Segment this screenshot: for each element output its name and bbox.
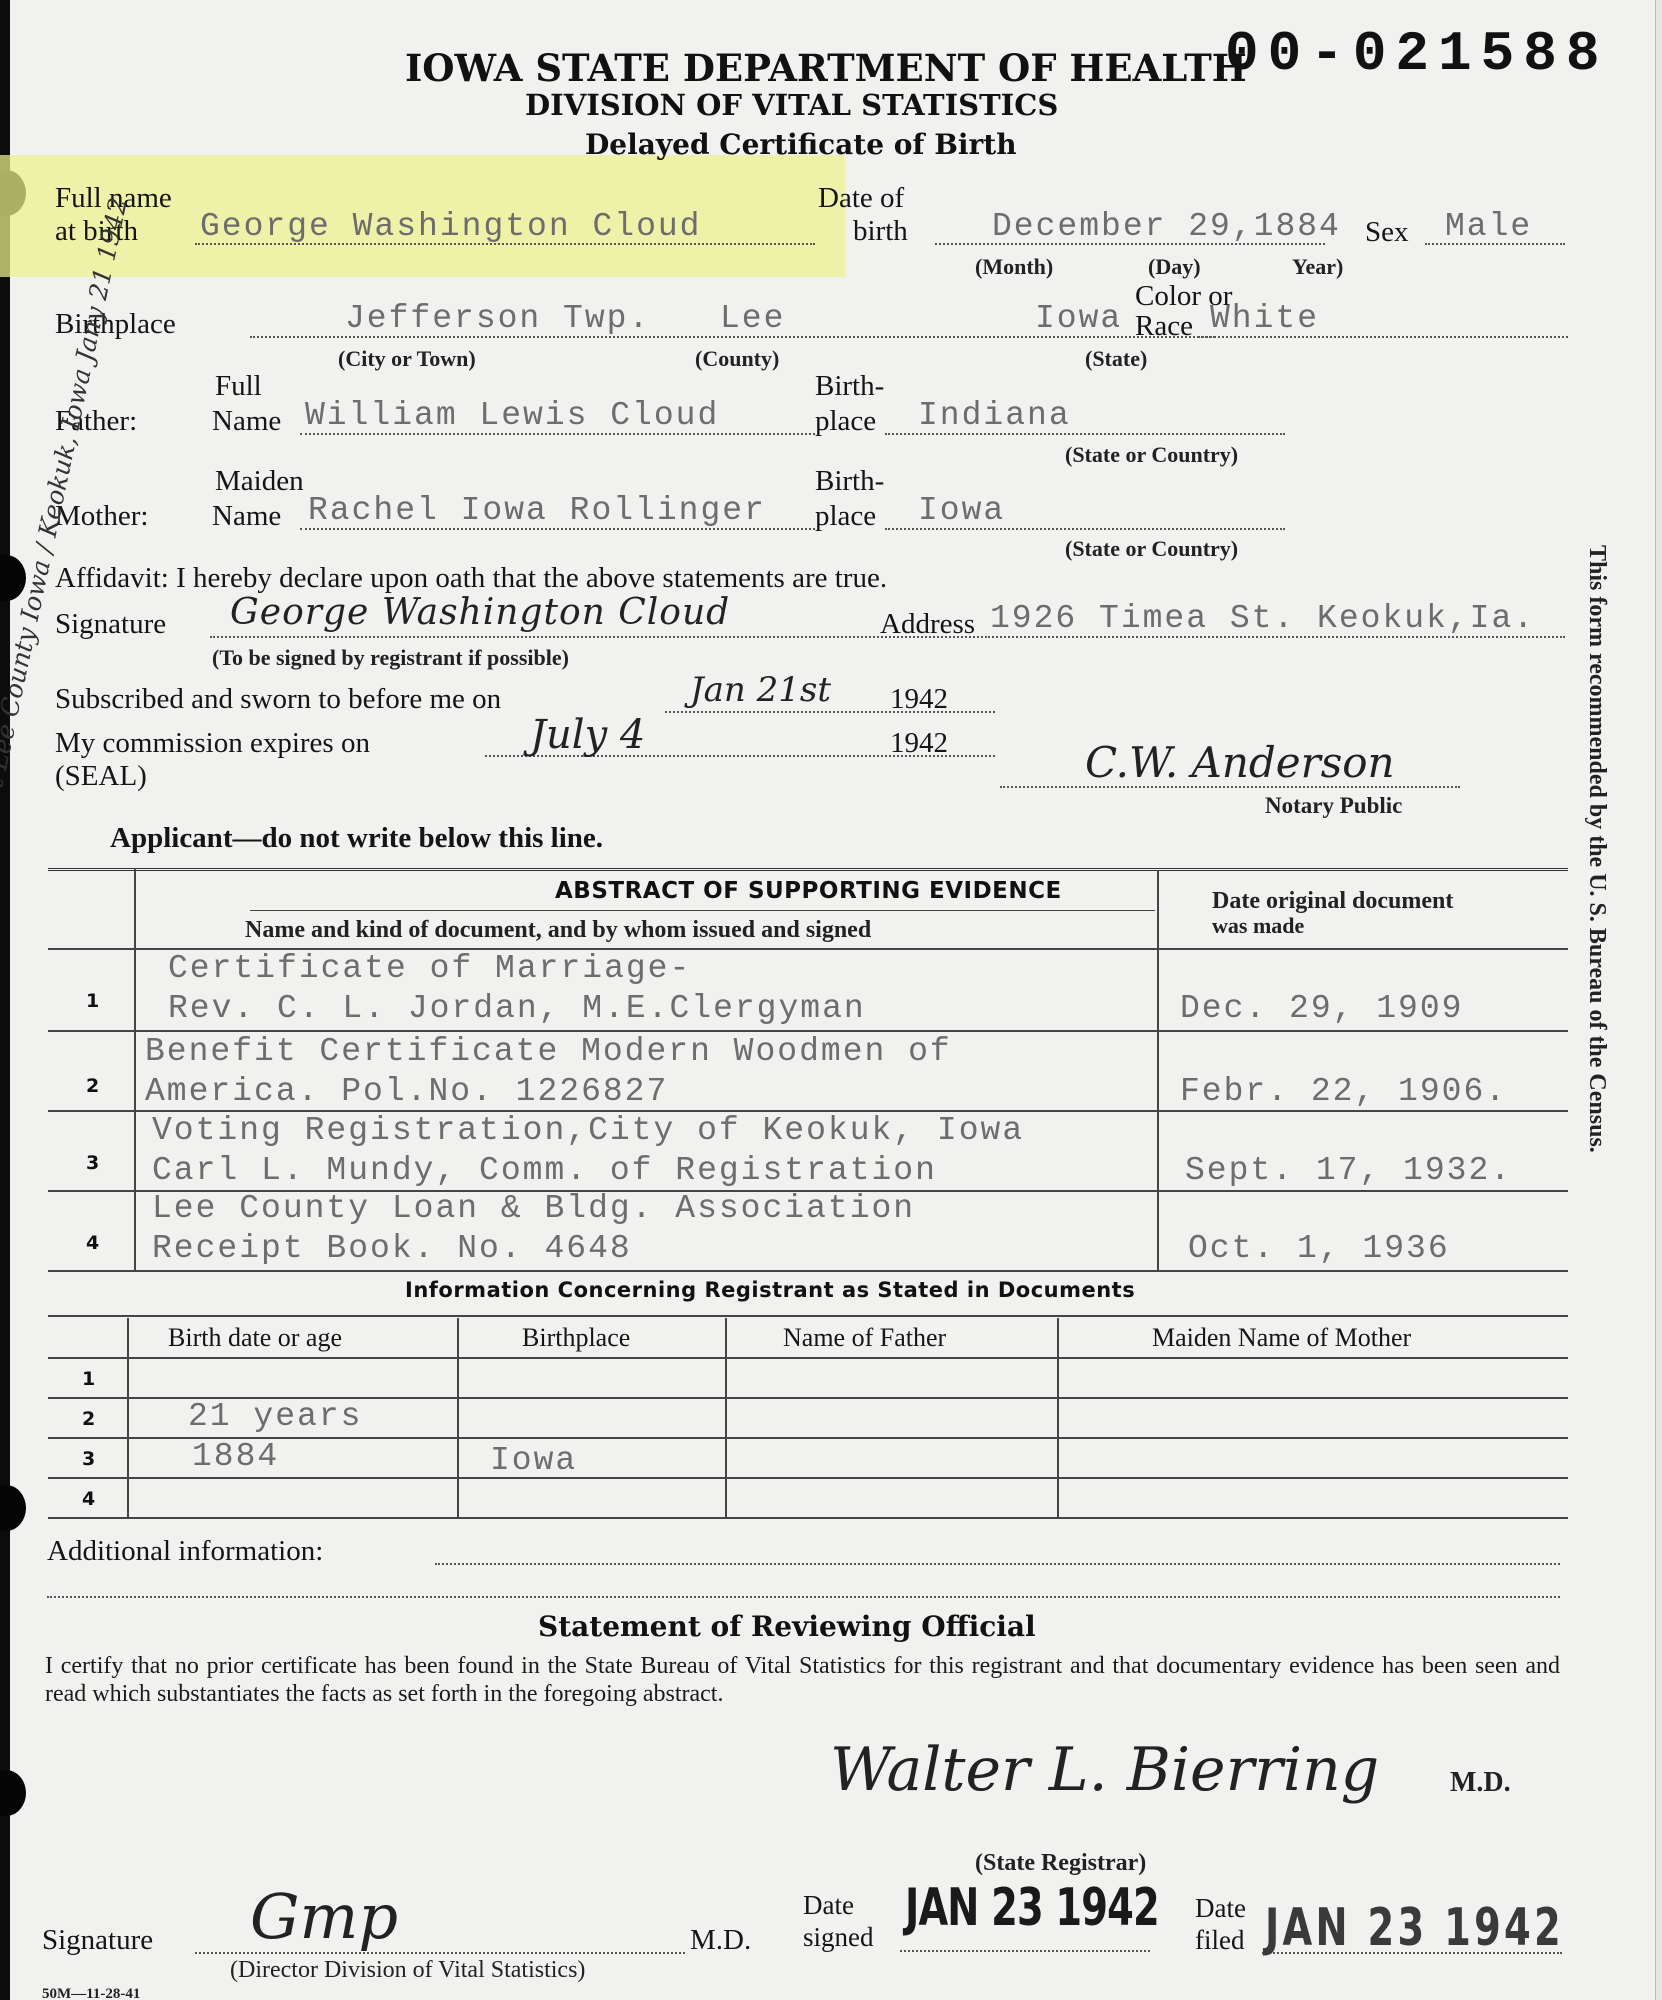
row-number: 3 [86,1152,99,1174]
director-caption: (Director Division of Vital Statistics) [230,1957,585,1984]
document-issuer: Receipt Book. No. 4648 [152,1230,632,1267]
seal-label: (SEAL) [55,760,147,793]
year-caption: Year) [1292,254,1343,280]
reviewing-title: Statement of Reviewing Official [538,1610,1036,1643]
document-name: Lee County Loan & Bldg. Association [152,1190,915,1227]
mother-name-label: Name [212,500,281,533]
registrar-md: M.D. [1450,1767,1511,1799]
birthplace-state: Iowa [1035,300,1122,337]
info-col-mother: Maiden Name of Mother [1152,1323,1411,1353]
info-col-birthdate: Birth date or age [168,1323,342,1353]
commission-date: July 4 [530,712,645,758]
date-filed-label: Date [1195,1893,1246,1924]
dob-label-2: birth [853,215,908,248]
table-top-rule [48,868,1568,871]
father-birthplace-value: Indiana [918,397,1071,434]
sworn-year: 1942 [890,683,948,716]
date-signed-stamp: JAN 23 1942 [905,1878,1159,1938]
row-number: 4 [86,1232,99,1254]
document-date: Oct. 1, 1936 [1188,1230,1450,1267]
row-number: 1 [86,990,99,1012]
mother-birthplace-caption: (State or Country) [1065,536,1238,562]
sex-label: Sex [1365,216,1409,249]
additional-info-line-2 [47,1596,1560,1598]
info-row-number: 3 [82,1448,95,1470]
race-label-2: Race [1135,310,1193,343]
info-row-rule [48,1477,1568,1479]
info-num-divider [127,1318,129,1518]
birthplace-city: Jefferson Twp. [345,300,650,337]
scan-right-edge [1655,0,1662,2000]
address-label: Address [880,608,975,641]
document-date: Sept. 17, 1932. [1185,1152,1512,1189]
census-side-note: This form recommended by the U. S. Burea… [1583,545,1610,1153]
date-signed-line [900,1950,1150,1952]
info-title: Information Concerning Registrant as Sta… [405,1278,1135,1302]
father-name-value: William Lewis Cloud [305,397,719,434]
info-row-number: 4 [82,1488,95,1510]
punch-hole [0,1770,26,1816]
info-divider [1057,1318,1059,1518]
punch-hole [0,1485,26,1531]
document-issuer: America. Pol.No. 1226827 [145,1073,668,1110]
full-name-value: George Washington Cloud [200,208,701,245]
dob-label: Date of [818,182,904,215]
director-md: M.D. [690,1924,751,1957]
info-header-rule [48,1357,1568,1359]
division-title: DIVISION OF VITAL STATISTICS [525,88,1058,122]
form-code: 50M—11-28-41 [42,1986,140,2000]
director-signature-label: Signature [42,1924,153,1957]
county-caption: (County) [695,346,779,372]
additional-info-label: Additional information: [47,1535,323,1568]
notary-signature: C.W. Anderson [1085,738,1395,787]
document-date: Dec. 29, 1909 [1180,990,1463,1027]
document-name: Voting Registration,City of Keokuk, Iowa [152,1112,1024,1149]
row-rule [48,1030,1568,1032]
row-rule [48,1270,1568,1272]
mother-birthplace-value: Iowa [918,492,1005,529]
sworn-date: Jan 21st [690,670,831,710]
mother-birthplace-label: Birth- [815,465,884,498]
certificate-number: 00-021588 [1225,22,1608,86]
sex-value: Male [1445,208,1532,245]
affidavit-text: Affidavit: I hereby declare upon oath th… [55,562,887,595]
info-bottom-rule [48,1517,1568,1519]
day-caption: (Day) [1148,254,1201,280]
sworn-label: Subscribed and sworn to before me on [55,683,501,716]
registrar-signature: Walter L. Bierring [830,1735,1379,1805]
month-caption: (Month) [975,254,1053,280]
info-divider [457,1318,459,1518]
father-birthplace-caption: (State or Country) [1065,442,1238,468]
director-signature: Gmp [250,1880,398,1953]
department-title: IOWA STATE DEPARTMENT OF HEALTH [405,46,1247,90]
info-top-rule [48,1315,1568,1317]
date-filed-stamp: JAN 23 1942 [1265,1898,1564,1958]
abstract-col-date-2: was made [1212,913,1304,939]
mother-name-value: Rachel Iowa Rollinger [308,492,766,529]
registrar-caption: (State Registrar) [975,1850,1146,1877]
applicant-notice: Applicant—do not write below this line. [110,822,603,855]
info-row-number: 2 [82,1408,95,1430]
signature-label: Signature [55,608,166,641]
abstract-num-divider [134,868,136,1270]
info-col-father: Name of Father [783,1323,946,1353]
form-title: Delayed Certificate of Birth [585,128,1017,161]
abstract-title: ABSTRACT OF SUPPORTING EVIDENCE [555,878,1062,904]
row-number: 2 [86,1075,99,1097]
dob-value: December 29,1884 [992,208,1341,245]
info-col-birthplace: Birthplace [522,1323,630,1353]
registrant-signature: George Washington Cloud [230,592,730,633]
document-name: Benefit Certificate Modern Woodmen of [145,1033,952,1070]
city-caption: (City or Town) [338,346,476,372]
birthplace-county: Lee [720,300,785,337]
info-birthdate-value: 21 years [188,1398,362,1435]
commission-label: My commission expires on [55,727,370,760]
info-divider [725,1318,727,1518]
reviewing-statement: I certify that no prior certificate has … [45,1652,1560,1708]
info-birthplace-value: Iowa [490,1442,577,1479]
info-row-number: 1 [82,1368,95,1390]
document-issuer: Rev. C. L. Jordan, M.E.Clergyman [168,990,866,1027]
abstract-col-date: Date original document [1212,888,1453,915]
abstract-date-divider [1157,870,1159,1270]
signature-line [210,636,990,638]
scan-left-edge [0,0,10,2000]
date-signed-label-2: signed [803,1922,874,1953]
mother-maiden-label: Maiden [215,465,304,498]
notary-caption: Notary Public [1265,793,1402,819]
additional-info-line [435,1563,1560,1565]
state-caption: (State) [1085,346,1147,372]
abstract-title-rule [250,910,1155,911]
address-value: 1926 Timea St. Keokuk,Ia. [990,600,1535,637]
father-birthplace-label-2: place [815,405,876,438]
father-full-label: Full [215,370,262,403]
abstract-col-document: Name and kind of document, and by whom i… [245,917,871,944]
date-filed-label-2: filed [1195,1925,1244,1956]
father-name-label: Name [212,405,281,438]
date-signed-label: Date [803,1890,854,1921]
document-date: Febr. 22, 1906. [1180,1073,1507,1110]
signature-caption: (To be signed by registrant if possible) [212,645,569,671]
document-name: Certificate of Marriage- [168,950,691,987]
race-value: White [1210,300,1319,337]
father-birthplace-label: Birth- [815,370,884,403]
document-issuer: Carl L. Mundy, Comm. of Registration [152,1152,937,1189]
commission-year: 1942 [890,727,948,760]
info-birthdate-value: 1884 [192,1438,279,1475]
mother-birthplace-label-2: place [815,500,876,533]
